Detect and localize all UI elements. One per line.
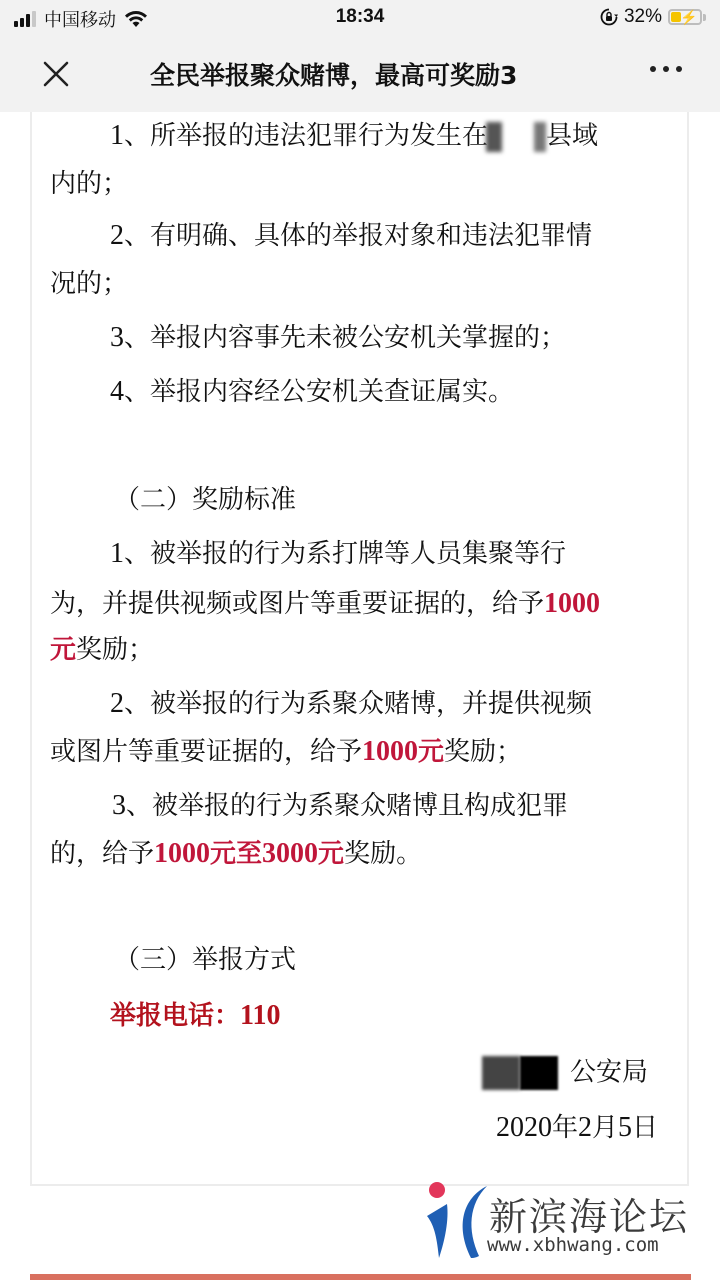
reward-text: 或图片等重要证据的，给予: [50, 737, 362, 767]
hotline-label: 举报电话：: [110, 1001, 240, 1031]
status-bar: 中国移动 18:34 32% ⚡: [0, 0, 720, 36]
reward-text: 奖励；: [76, 635, 154, 665]
battery-charging-icon: ⚡: [668, 9, 702, 25]
item-sep: 、: [124, 221, 150, 251]
reward-2: 2、被举报的行为系聚众赌博，并提供视频: [110, 688, 592, 720]
date-year: 2020: [496, 1112, 552, 1143]
condition-2-cont: 况的；: [50, 268, 128, 300]
reward-range-to: 至: [236, 839, 262, 869]
condition-4: 4、举报内容经公安机关查证属实。: [110, 376, 514, 408]
forum-url: www.xbhwang.com: [487, 1234, 659, 1256]
item-sep: 、: [124, 689, 150, 719]
date-month: 2: [578, 1112, 592, 1143]
battery-tip: [703, 14, 706, 21]
reward-1: 1、被举报的行为系打牌等人员集聚等行: [110, 538, 566, 570]
reward-text: 为，并提供视频或图片等重要证据的，给予: [50, 589, 544, 619]
redacted-region: [486, 122, 502, 152]
page-title: 全民举报聚众赌博，最高可奖励3: [150, 56, 588, 92]
reward-text: 奖励；: [444, 737, 522, 767]
condition-text: 举报内容经公安机关查证属实。: [150, 377, 514, 407]
more-dots-icon[interactable]: [650, 66, 682, 72]
bottom-divider: [30, 1274, 691, 1280]
reward-text: 被举报的行为系聚众赌博，并提供视频: [150, 689, 592, 719]
signature-date: 2020年2月5日: [496, 1112, 658, 1144]
redacted-region: [534, 122, 546, 152]
battery-percent: 32%: [624, 6, 662, 28]
reward-1-line2: 为，并提供视频或图片等重要证据的，给予1000: [50, 588, 600, 620]
reward-3-line2: 的，给予1000元至3000元奖励。: [50, 838, 422, 870]
item-number: 3: [110, 322, 124, 353]
reward-amount: 1000: [362, 736, 418, 767]
condition-1-cont: 内的；: [50, 168, 128, 200]
reward-text: 被举报的行为系打牌等人员集聚等行: [150, 539, 566, 569]
redacted-region: [482, 1056, 520, 1090]
item-sep: 、: [124, 377, 150, 407]
redacted-region: [520, 1056, 558, 1090]
reward-text: 被举报的行为系聚众赌博且构成犯罪: [152, 791, 568, 821]
reward-unit: 元: [318, 839, 344, 869]
reward-amount-high: 3000: [262, 838, 318, 869]
forum-logo-icon: [425, 1180, 495, 1260]
reward-unit: 元: [210, 839, 236, 869]
reward-unit: 元: [418, 737, 444, 767]
hotline-number[interactable]: 110: [240, 1000, 280, 1031]
section-heading-reward-standard: （二）奖励标准: [114, 484, 296, 516]
signature-org: 公安局: [482, 1056, 648, 1090]
item-number: 1: [110, 120, 124, 151]
condition-text: 有明确、具体的举报对象和违法犯罪情: [150, 221, 592, 251]
item-number: 3: [112, 790, 126, 821]
org-name: 公安局: [570, 1058, 648, 1088]
nav-bar: 全民举报聚众赌博，最高可奖励3: [0, 36, 720, 112]
item-sep: 、: [126, 791, 152, 821]
item-sep: 、: [124, 121, 150, 151]
reward-amount-low: 1000: [154, 838, 210, 869]
date-sep: 日: [632, 1113, 658, 1143]
condition-text: 举报内容事先未被公安机关掌握的；: [150, 323, 566, 353]
forum-name: 新滨海论坛: [489, 1186, 689, 1241]
reward-2-line2: 或图片等重要证据的，给予1000元奖励；: [50, 736, 522, 768]
date-sep: 年: [552, 1113, 578, 1143]
item-number: 2: [110, 688, 124, 719]
reward-3: 3、被举报的行为系聚众赌博且构成犯罪: [112, 790, 568, 822]
item-sep: 、: [124, 539, 150, 569]
reward-unit: 元: [50, 635, 76, 665]
reward-1-line3: 元奖励；: [50, 634, 154, 666]
condition-text: 所举报的违法犯罪行为发生在: [150, 121, 488, 151]
reward-text: 奖励。: [344, 839, 422, 869]
item-number: 1: [110, 538, 124, 569]
report-hotline: 举报电话：110: [110, 1000, 280, 1032]
reward-text: 的，给予: [50, 839, 154, 869]
orientation-lock-icon: [600, 8, 618, 26]
item-number: 2: [110, 220, 124, 251]
date-sep: 月: [592, 1113, 618, 1143]
condition-3: 3、举报内容事先未被公安机关掌握的；: [110, 322, 566, 354]
item-number: 4: [110, 376, 124, 407]
watermark-logo: 新滨海论坛 www.xbhwang.com: [425, 1180, 715, 1260]
date-day: 5: [618, 1112, 632, 1143]
condition-1: 1、所举报的违法犯罪行为发生在县域: [110, 120, 598, 152]
condition-2: 2、有明确、具体的举报对象和违法犯罪情: [110, 220, 592, 252]
close-icon[interactable]: [40, 58, 72, 90]
article-card: 1、所举报的违法犯罪行为发生在县域 内的； 2、有明确、具体的举报对象和违法犯罪…: [30, 112, 689, 1186]
section-heading-report-method: （三）举报方式: [114, 944, 296, 976]
item-sep: 、: [124, 323, 150, 353]
condition-text: 县域: [546, 121, 598, 151]
reward-amount: 1000: [544, 588, 600, 619]
